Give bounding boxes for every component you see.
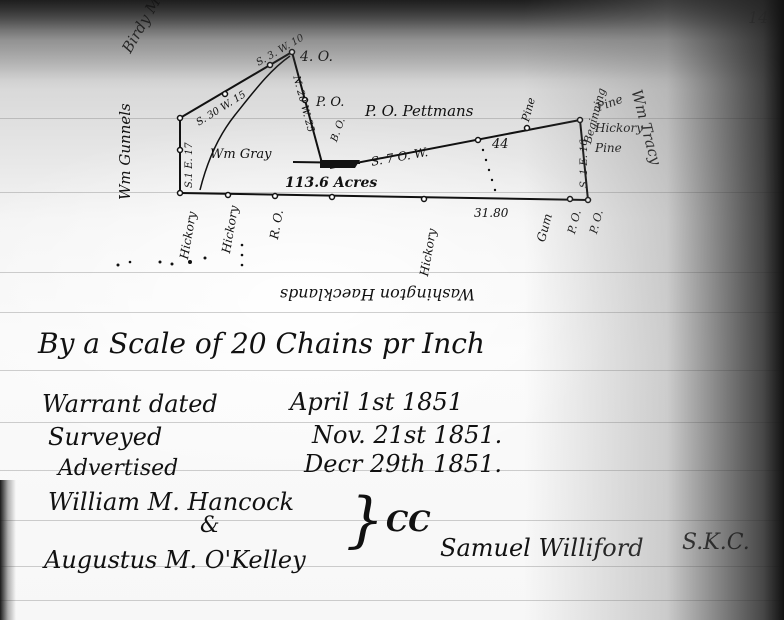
scan-shadow-right — [524, 0, 784, 620]
distance-44: 44 — [492, 138, 509, 151]
warrant-date: April 1st 1851 — [290, 390, 463, 414]
acreage-label: 113.6 Acres — [285, 176, 377, 190]
distance-31-80: 31.80 — [474, 207, 508, 219]
scale-statement: By a Scale of 20 Chains pr Inch — [38, 330, 485, 358]
chain-carrier-2: Augustus M. O'Kelley — [44, 548, 306, 572]
owner-label-north: P. O. Pettmans — [365, 104, 473, 119]
chain-carrier-1: William M. Hancock — [48, 490, 294, 514]
brace: } — [346, 496, 384, 544]
document-scan: Birdy M. Hensley Wm Gunnels S.1 E. 17 S.… — [0, 0, 784, 620]
warrant-label: Warrant dated — [42, 392, 218, 416]
advertised-label: Advertised — [58, 458, 178, 480]
owner-label-south: Washington Haecklands — [280, 286, 475, 302]
surveyed-date: Nov. 21st 1851. — [312, 423, 502, 447]
bearing-west-line: S.1 E. 17 — [185, 142, 195, 188]
owner-label-west: Wm Gunnels — [118, 103, 133, 200]
scan-shadow-left — [0, 480, 16, 620]
owner-label-interior: Wm Gray — [210, 148, 272, 161]
pointer-label: P. O. — [316, 96, 344, 109]
advertised-date: Decr 29th 1851. — [304, 452, 502, 476]
surveyed-label: Surveyed — [48, 425, 162, 449]
ampersand: & — [200, 515, 220, 537]
chain-carrier-code: CC — [386, 508, 431, 536]
plat-center-mark — [320, 160, 360, 168]
